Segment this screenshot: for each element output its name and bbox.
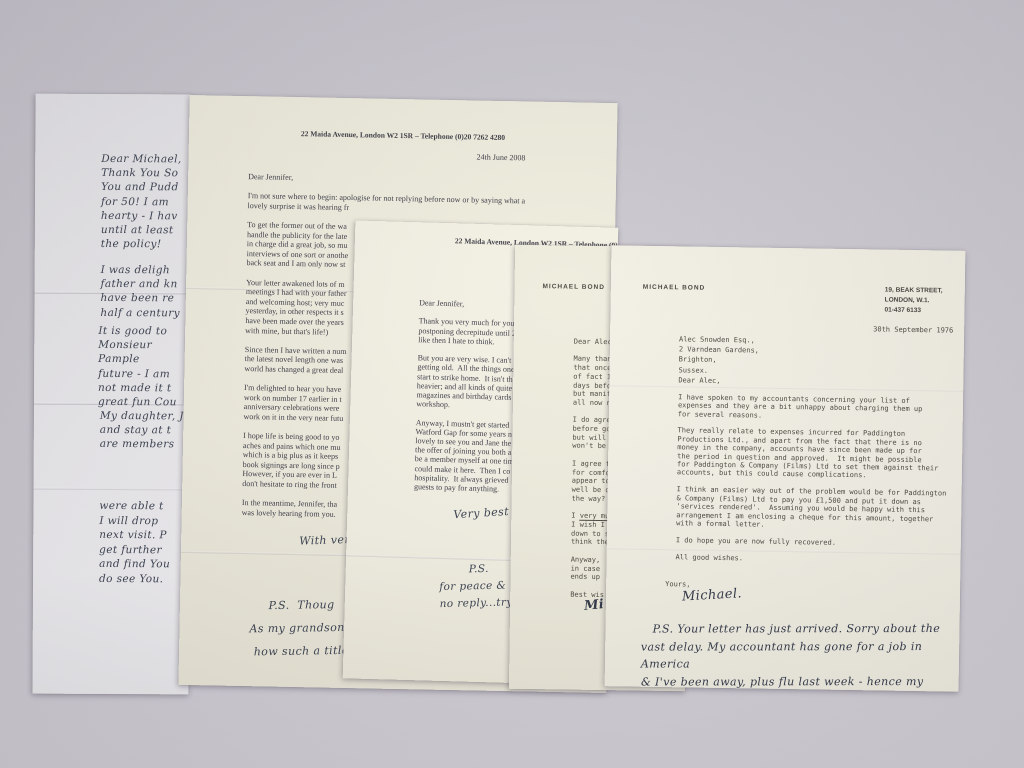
fold-crease xyxy=(33,488,189,491)
handwritten-paragraph: Dear Michael, Thank You So You and Pudd … xyxy=(101,152,182,252)
handwritten-paragraph: were able t I will drop next visit. P ge… xyxy=(99,499,171,587)
handwritten-postscript: P.S. Your letter has just arrived. Sorry… xyxy=(641,620,959,692)
valediction: Yours, xyxy=(665,580,690,588)
typed-letter-alec-1976: MICHAEL BOND 19, BEAK STREET, LONDON, W.… xyxy=(605,245,966,692)
letterhead-address: 22 Maida Avenue, London W2 1SR – Telepho… xyxy=(189,127,617,144)
letter-body: Dear Alec, I have spoken to my accountan… xyxy=(676,376,949,565)
letter-date: 30th September 1976 xyxy=(873,325,953,334)
letterhead-address: 19, BEAK STREET, LONDON, W.1. 01-437 613… xyxy=(884,286,942,318)
signature: Michael. xyxy=(682,586,743,604)
letterhead-name: MICHAEL BOND xyxy=(643,284,706,292)
handwritten-paragraph: It is good to Monsieur Pample future - I… xyxy=(98,324,190,410)
handwritten-paragraph: I was deligh father and kn have been re … xyxy=(100,263,180,320)
photo-of-letters: Dear Michael, Thank You So You and Pudd … xyxy=(0,0,1024,768)
letter-date: 24th June 2008 xyxy=(476,152,525,162)
signature-scrawl: Mi xyxy=(583,597,604,614)
handwritten-paragraph: My daughter, J and stay at t are members xyxy=(100,409,184,452)
handwritten-letter: Dear Michael, Thank You So You and Pudd … xyxy=(32,94,191,695)
letterhead-name: MICHAEL BOND xyxy=(542,283,605,291)
letter-body: Dear Jennifer, Thank you very much for y… xyxy=(414,298,518,494)
recipient-address: Alec Snowden Esq., 2 Varndean Gardens, B… xyxy=(678,334,759,376)
